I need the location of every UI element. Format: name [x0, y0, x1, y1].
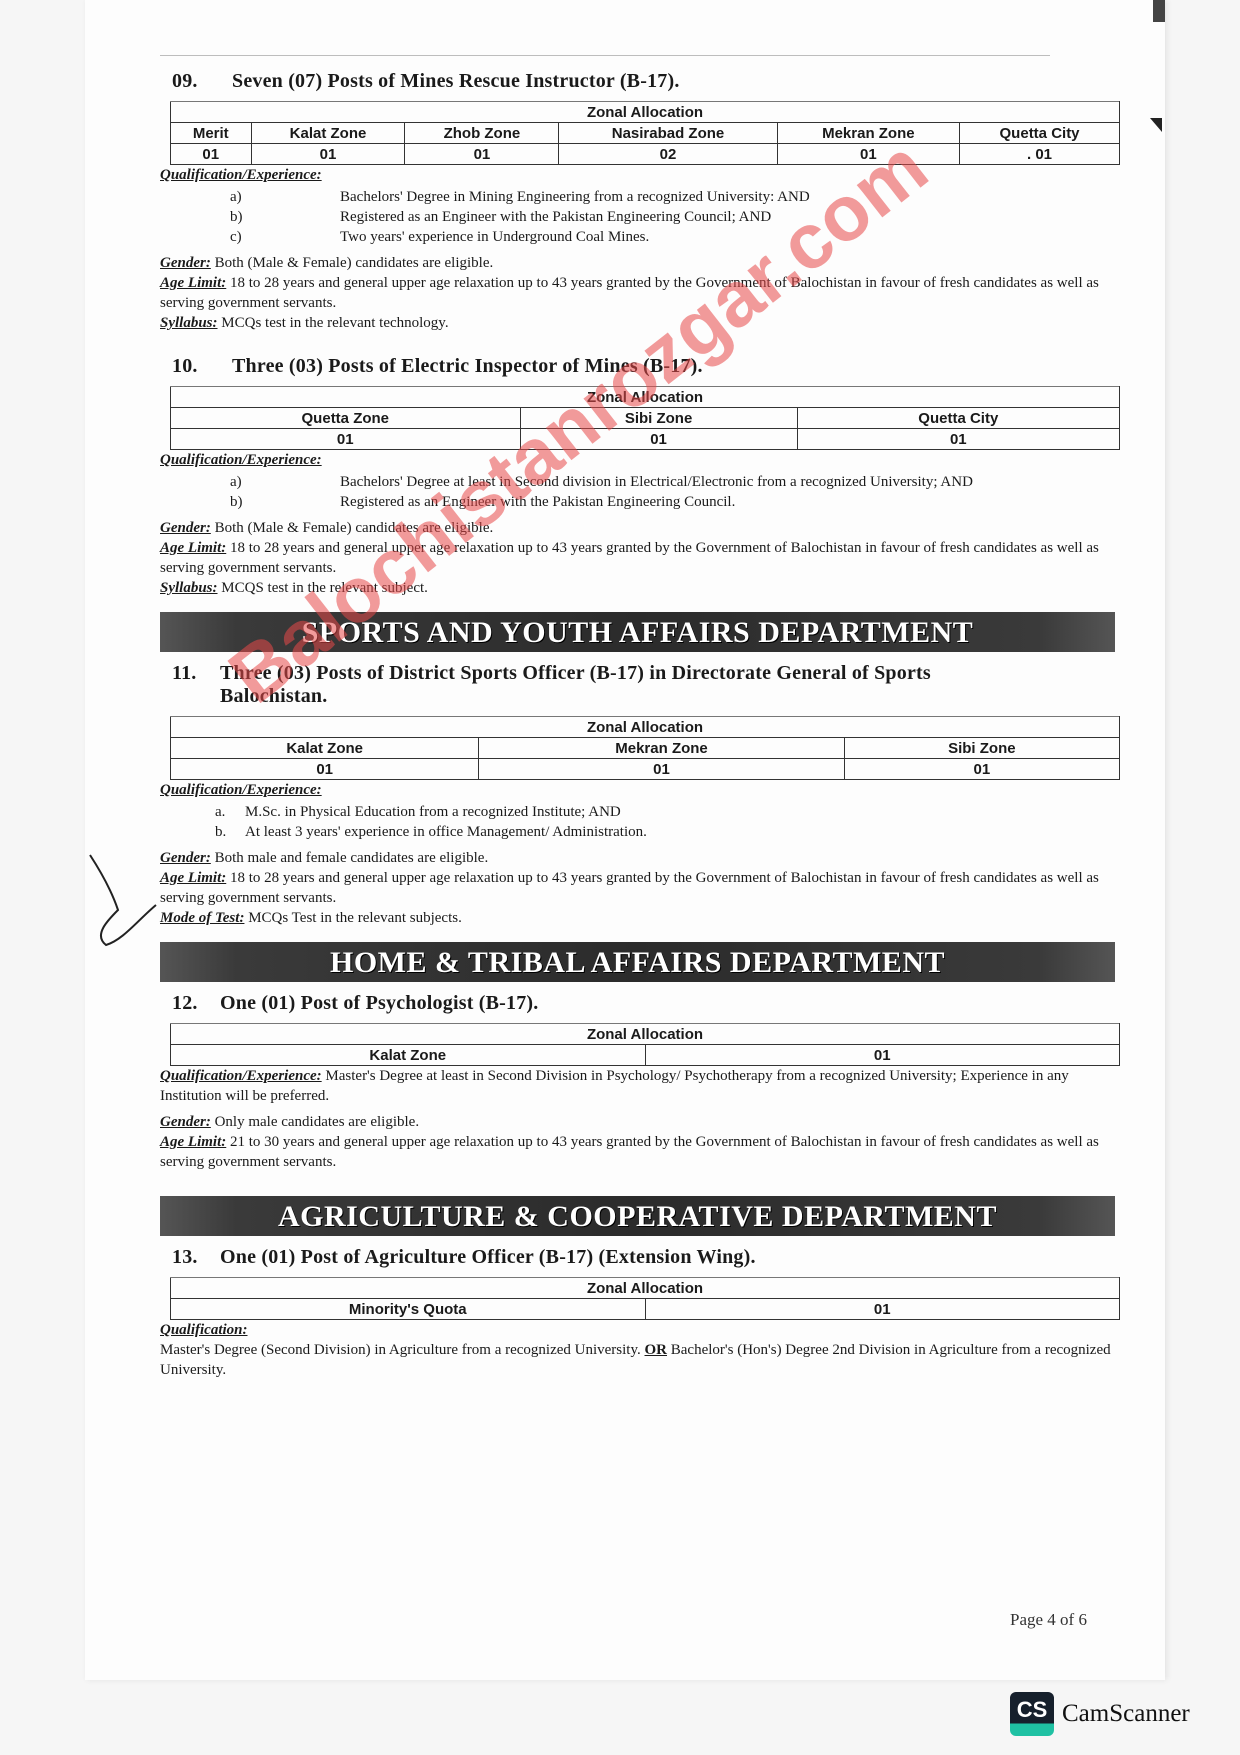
- syllabus-line: Syllabus: MCQs test in the relevant tech…: [160, 313, 1120, 333]
- qualification-list: a)Bachelors' Degree in Mining Engineerin…: [230, 187, 1120, 247]
- zonal-allocation-table: Zonal Allocation Kalat Zone Mekran Zone …: [170, 716, 1120, 780]
- syllabus-line: Syllabus: MCQS test in the relevant subj…: [160, 578, 1120, 598]
- post-details: Qualification/Experience: a.M.Sc. in Phy…: [160, 780, 1120, 928]
- gender-line: Gender: Both (Male & Female) candidates …: [160, 253, 1120, 273]
- table-row: 01 01 01: [171, 429, 1120, 450]
- top-rule: [160, 55, 1050, 56]
- age-line: Age Limit: 18 to 28 years and general up…: [160, 868, 1120, 908]
- table-caption: Zonal Allocation: [171, 102, 1120, 123]
- table-header-row: Merit Kalat Zone Zhob Zone Nasirabad Zon…: [171, 123, 1120, 144]
- post-details: Qualification/Experience: a)Bachelors' D…: [160, 165, 1120, 333]
- age-line: Age Limit: 21 to 30 years and general up…: [160, 1132, 1120, 1172]
- post-09: 09.Seven (07) Posts of Mines Rescue Inst…: [160, 70, 1120, 333]
- table-caption: Zonal Allocation: [171, 717, 1120, 738]
- list-item: a.M.Sc. in Physical Education from a rec…: [215, 802, 1120, 822]
- post-title: 11.Three (03) Posts of District Sports O…: [172, 662, 1120, 708]
- table-caption: Zonal Allocation: [171, 387, 1120, 408]
- table-caption: Zonal Allocation: [171, 1024, 1120, 1045]
- list-item: a)Bachelors' Degree in Mining Engineerin…: [230, 187, 1120, 207]
- table-row: Minority's Quota 01: [171, 1299, 1120, 1320]
- handwritten-tick-mark: [88, 850, 158, 950]
- document-content: 09.Seven (07) Posts of Mines Rescue Inst…: [160, 70, 1120, 1380]
- post-12: 12.One (01) Post of Psychologist (B-17).…: [160, 992, 1120, 1172]
- camscanner-brand: CamScanner: [1062, 1700, 1190, 1728]
- post-10: 10.Three (03) Posts of Electric Inspecto…: [160, 355, 1120, 598]
- qualification-line: Qualification/Experience: Master's Degre…: [160, 1066, 1120, 1106]
- post-details: Qualification/Experience: Master's Degre…: [160, 1066, 1120, 1172]
- post-details: Qualification: Master's Degree (Second D…: [160, 1320, 1120, 1380]
- corner-shadow: [1153, 0, 1165, 22]
- list-item: c)Two years' experience in Underground C…: [230, 227, 1120, 247]
- post-title: 12.One (01) Post of Psychologist (B-17).: [172, 992, 1120, 1015]
- qualification-list: a.M.Sc. in Physical Education from a rec…: [215, 802, 1120, 842]
- post-title: 13.One (01) Post of Agriculture Officer …: [172, 1246, 1120, 1269]
- qualification-list: a)Bachelors' Degree at least in Second d…: [230, 472, 1120, 512]
- zonal-allocation-table: Zonal Allocation Quetta Zone Sibi Zone Q…: [170, 386, 1120, 450]
- gender-line: Gender: Both male and female candidates …: [160, 848, 1120, 868]
- post-details: Qualification/Experience: a)Bachelors' D…: [160, 450, 1120, 598]
- qualification-label: Qualification/Experience:: [160, 450, 1120, 470]
- table-header-row: Kalat Zone Mekran Zone Sibi Zone: [171, 738, 1120, 759]
- qualification-text: Master's Degree (Second Division) in Agr…: [160, 1340, 1120, 1380]
- corner-fold: [1150, 118, 1162, 132]
- table-row: 01 01 01 02 01 . 01: [171, 144, 1120, 165]
- table-header-row: Quetta Zone Sibi Zone Quetta City: [171, 408, 1120, 429]
- department-banner: SPORTS AND YOUTH AFFAIRS DEPARTMENT: [160, 612, 1115, 652]
- table-caption: Zonal Allocation: [171, 1278, 1120, 1299]
- zonal-allocation-table: Zonal Allocation Kalat Zone 01: [170, 1023, 1120, 1066]
- list-item: b)Registered as an Engineer with the Pak…: [230, 207, 1120, 227]
- list-item: b.At least 3 years' experience in office…: [215, 822, 1120, 842]
- qualification-label: Qualification/Experience:: [160, 780, 1120, 800]
- camscanner-logo-icon: CS: [1010, 1692, 1054, 1736]
- zonal-allocation-table: Zonal Allocation Merit Kalat Zone Zhob Z…: [170, 101, 1120, 165]
- gender-line: Gender: Only male candidates are eligibl…: [160, 1112, 1120, 1132]
- post-title: 10.Three (03) Posts of Electric Inspecto…: [172, 355, 1120, 378]
- age-line: Age Limit: 18 to 28 years and general up…: [160, 273, 1120, 313]
- table-row: Kalat Zone 01: [171, 1045, 1120, 1066]
- post-13: 13.One (01) Post of Agriculture Officer …: [160, 1246, 1120, 1380]
- page-indicator: Page 4 of 6: [1010, 1610, 1087, 1630]
- qualification-label: Qualification:: [160, 1320, 1120, 1340]
- gender-line: Gender: Both (Male & Female) candidates …: [160, 518, 1120, 538]
- list-item: b)Registered as an Engineer with the Pak…: [230, 492, 1120, 512]
- list-item: a)Bachelors' Degree at least in Second d…: [230, 472, 1120, 492]
- department-banner: HOME & TRIBAL AFFAIRS DEPARTMENT: [160, 942, 1115, 982]
- qualification-label: Qualification/Experience:: [160, 165, 1120, 185]
- age-line: Age Limit: 18 to 28 years and general up…: [160, 538, 1120, 578]
- zonal-allocation-table: Zonal Allocation Minority's Quota 01: [170, 1277, 1120, 1320]
- department-banner: AGRICULTURE & COOPERATIVE DEPARTMENT: [160, 1196, 1115, 1236]
- table-row: 01 01 01: [171, 759, 1120, 780]
- post-title: 09.Seven (07) Posts of Mines Rescue Inst…: [172, 70, 1120, 93]
- mode-of-test-line: Mode of Test: MCQs Test in the relevant …: [160, 908, 1120, 928]
- post-11: 11.Three (03) Posts of District Sports O…: [160, 662, 1120, 928]
